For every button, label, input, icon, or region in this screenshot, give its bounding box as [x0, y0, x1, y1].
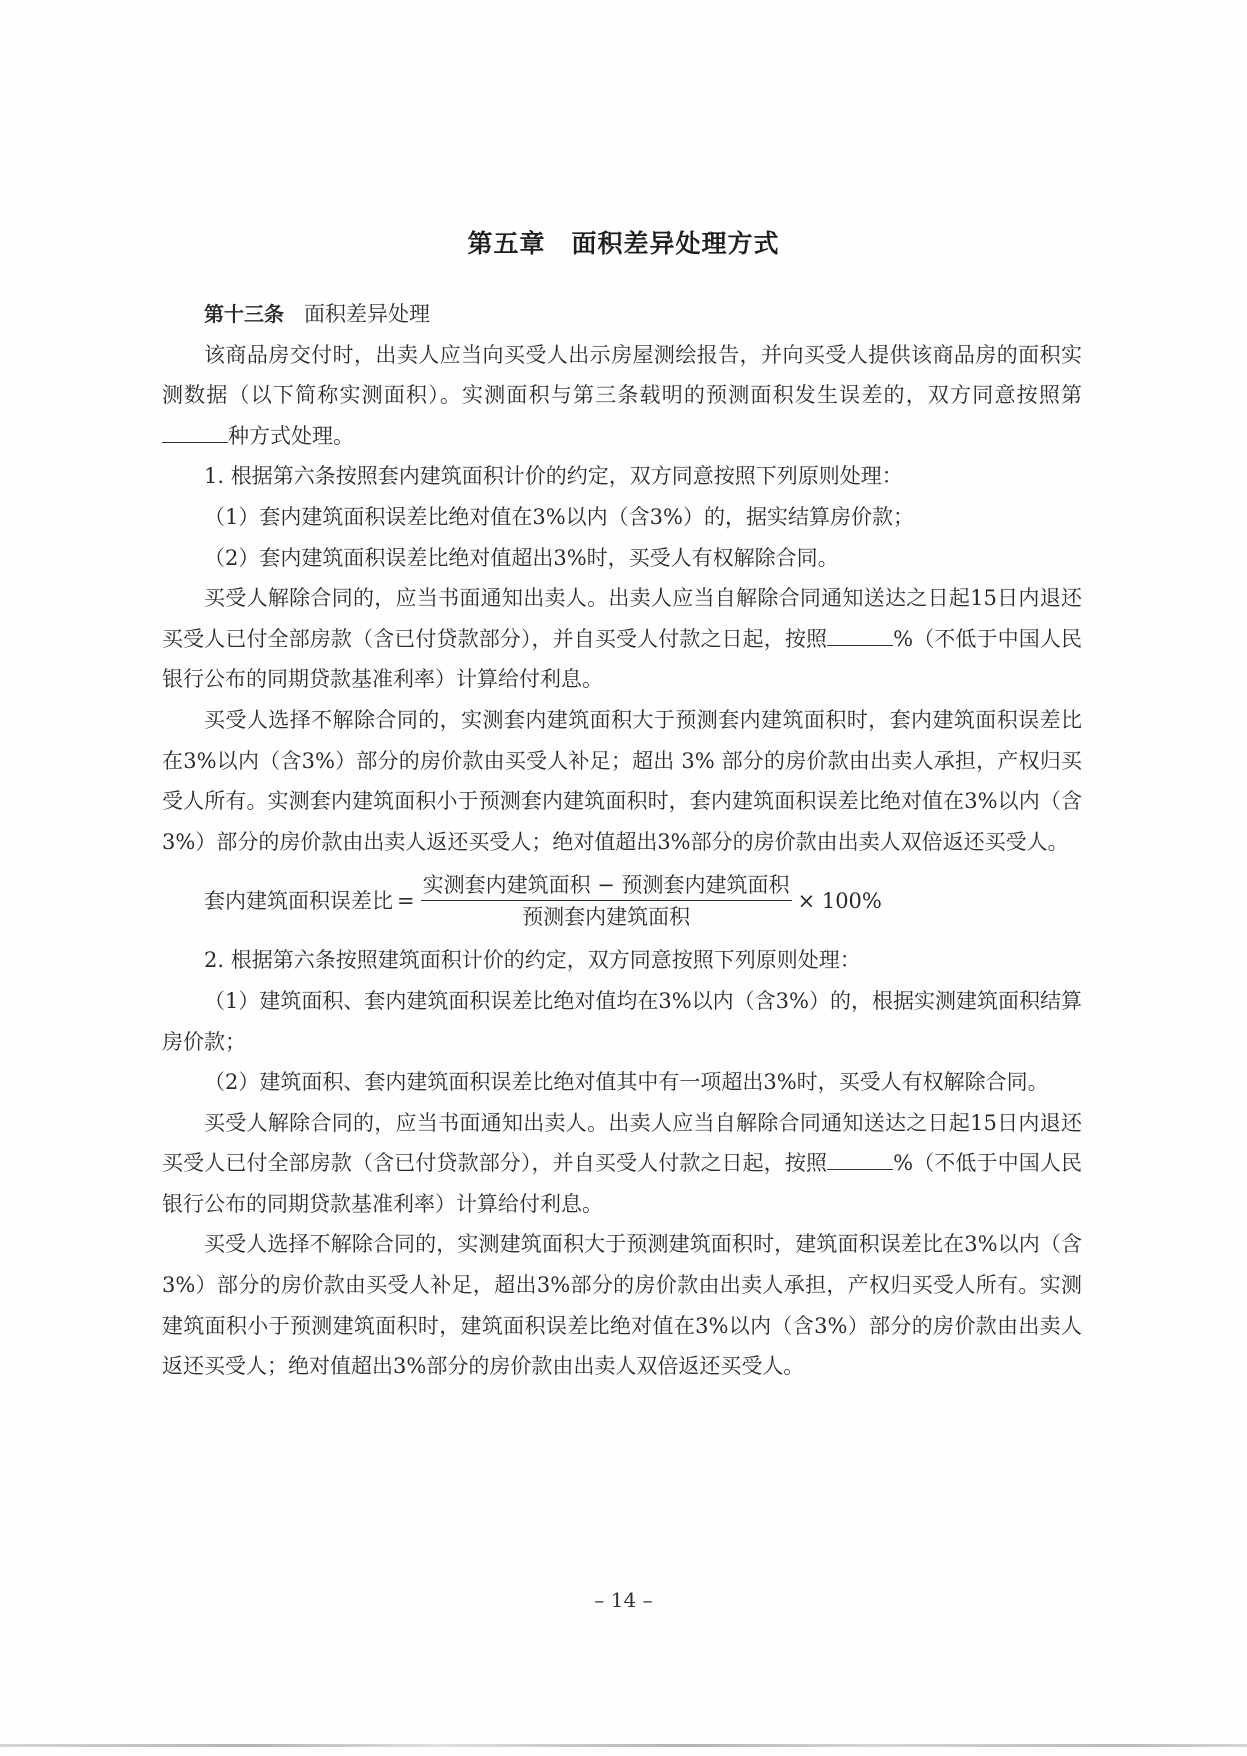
formula-lhs: 套内建筑面积误差比	[204, 881, 393, 922]
formula-equals: =	[397, 881, 415, 922]
option1-termination-paragraph: 买受人解除合同的，应当书面通知出卖人。出卖人应当自解除合同通知送达之日起15日内…	[162, 578, 1082, 700]
formula-multiplier: × 100%	[798, 881, 882, 922]
formula-fraction: 实测套内建筑面积 − 预测套内建筑面积 预测套内建筑面积	[421, 870, 792, 933]
option2-item2: （2）建筑面积、套内建筑面积误差比绝对值其中有一项超出3%时，买受人有权解除合同…	[162, 1062, 1082, 1103]
intro-text: 该商品房交付时，出卖人应当向买受人出示房屋测绘报告，并向买受人提供该商品房的面积…	[162, 343, 1082, 408]
article-heading: 第十三条面积差异处理	[162, 294, 1082, 335]
page-number: – 14 –	[0, 1588, 1247, 1612]
page-bottom-divider	[0, 1744, 1247, 1747]
option2-no-termination-paragraph: 买受人选择不解除合同的，实测建筑面积大于预测建筑面积时，建筑面积误差比在3%以内…	[162, 1224, 1082, 1386]
error-ratio-formula: 套内建筑面积误差比 = 实测套内建筑面积 − 预测套内建筑面积 预测套内建筑面积…	[162, 864, 1082, 938]
method-choice-blank[interactable]	[162, 420, 228, 443]
article-number: 第十三条	[204, 302, 284, 326]
intro-paragraph: 该商品房交付时，出卖人应当向买受人出示房屋测绘报告，并向买受人提供该商品房的面积…	[162, 335, 1082, 457]
option1-heading: 1. 根据第六条按照套内建筑面积计价的约定，双方同意按照下列原则处理：	[162, 456, 1082, 497]
option2-interest-rate-blank[interactable]	[827, 1147, 893, 1170]
chapter-title: 第五章 面积差异处理方式	[0, 224, 1247, 260]
formula-denominator: 预测套内建筑面积	[522, 901, 690, 933]
option1-item1: （1）套内建筑面积误差比绝对值在3%以内（含3%）的，据实结算房价款；	[162, 497, 1082, 538]
option1-item2: （2）套内建筑面积误差比绝对值超出3%时，买受人有权解除合同。	[162, 538, 1082, 579]
document-body: 第十三条面积差异处理 该商品房交付时，出卖人应当向买受人出示房屋测绘报告，并向买…	[162, 294, 1082, 1387]
article-title: 面积差异处理	[304, 302, 430, 326]
option1-interest-rate-blank[interactable]	[827, 623, 893, 646]
option2-termination-paragraph: 买受人解除合同的，应当书面通知出卖人。出卖人应当自解除合同通知送达之日起15日内…	[162, 1103, 1082, 1225]
intro-text-end: 种方式处理。	[228, 424, 354, 448]
option2-heading: 2. 根据第六条按照建筑面积计价的约定，双方同意按照下列原则处理：	[162, 940, 1082, 981]
formula-numerator: 实测套内建筑面积 − 预测套内建筑面积	[421, 870, 792, 901]
document-page: 第五章 面积差异处理方式 第十三条面积差异处理 该商品房交付时，出卖人应当向买受…	[0, 0, 1247, 1756]
option1-no-termination-paragraph: 买受人选择不解除合同的，实测套内建筑面积大于预测套内建筑面积时，套内建筑面积误差…	[162, 700, 1082, 862]
option2-item1: （1）建筑面积、套内建筑面积误差比绝对值均在3%以内（含3%）的，根据实测建筑面…	[162, 981, 1082, 1062]
